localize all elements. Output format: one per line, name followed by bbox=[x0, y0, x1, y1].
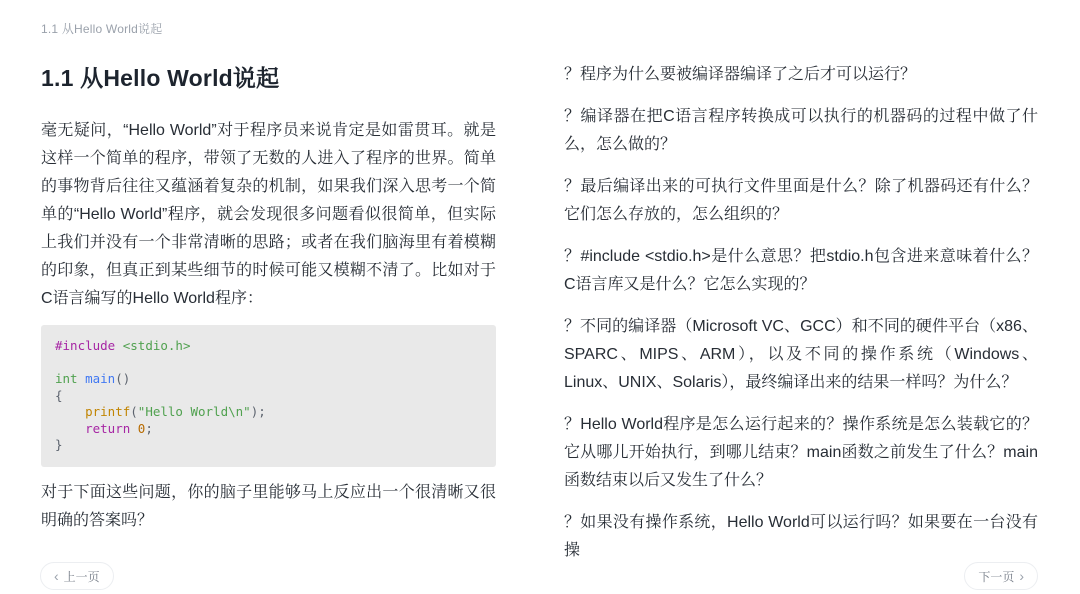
chevron-left-icon: ‹ bbox=[54, 569, 59, 583]
left-column: 1.1 从Hello World说起 毫无疑问，“Hello World”对于程… bbox=[41, 58, 496, 579]
prev-page-button[interactable]: ‹ 上一页 bbox=[40, 562, 114, 590]
question-item: ？编译器在把C语言程序转换成可以执行的机器码的过程中做了什么，怎么做的？ bbox=[564, 103, 1038, 159]
right-column: ？程序为什么要被编译器编译了之后才可以运行？ ？编译器在把C语言程序转换成可以执… bbox=[564, 58, 1038, 579]
chevron-right-icon: › bbox=[1019, 569, 1024, 583]
breadcrumb: 1.1 从Hello World说起 bbox=[41, 20, 162, 37]
questions-lead-paragraph: 对于下面这些问题，你的脑子里能够马上反应出一个很清晰又很明确的答案吗？ bbox=[41, 479, 496, 535]
question-item: ？不同的编译器（Microsoft VC、GCC）和不同的硬件平台（x86、SP… bbox=[564, 313, 1038, 397]
next-page-label: 下一页 bbox=[978, 568, 1014, 585]
intro-paragraph: 毫无疑问，“Hello World”对于程序员来说肯定是如雷贯耳。就是这样一个简… bbox=[41, 117, 496, 313]
question-item: ？程序为什么要被编译器编译了之后才可以运行？ bbox=[564, 61, 1038, 89]
next-page-button[interactable]: 下一页 › bbox=[964, 562, 1038, 590]
prev-page-label: 上一页 bbox=[64, 568, 100, 585]
question-item: ？如果没有操作系统，Hello World可以运行吗？如果要在一台没有操 bbox=[564, 509, 1038, 565]
question-item: ？#include <stdio.h>是什么意思？把stdio.h包含进来意味着… bbox=[564, 243, 1038, 299]
content-columns: 1.1 从Hello World说起 毫无疑问，“Hello World”对于程… bbox=[41, 58, 1038, 579]
code-block: #include <stdio.h> int main() { printf("… bbox=[41, 325, 496, 467]
section-title: 1.1 从Hello World说起 bbox=[41, 60, 496, 93]
code-content: #include <stdio.h> int main() { printf("… bbox=[55, 338, 266, 452]
question-item: ？最后编译出来的可执行文件里面是什么？除了机器码还有什么？它们怎么存放的，怎么组… bbox=[564, 173, 1038, 229]
question-item: ？Hello World程序是怎么运行起来的？操作系统是怎么装载它的？它从哪儿开… bbox=[564, 411, 1038, 495]
reader-page: 1.1 从Hello World说起 1.1 从Hello World说起 毫无… bbox=[0, 0, 1080, 594]
